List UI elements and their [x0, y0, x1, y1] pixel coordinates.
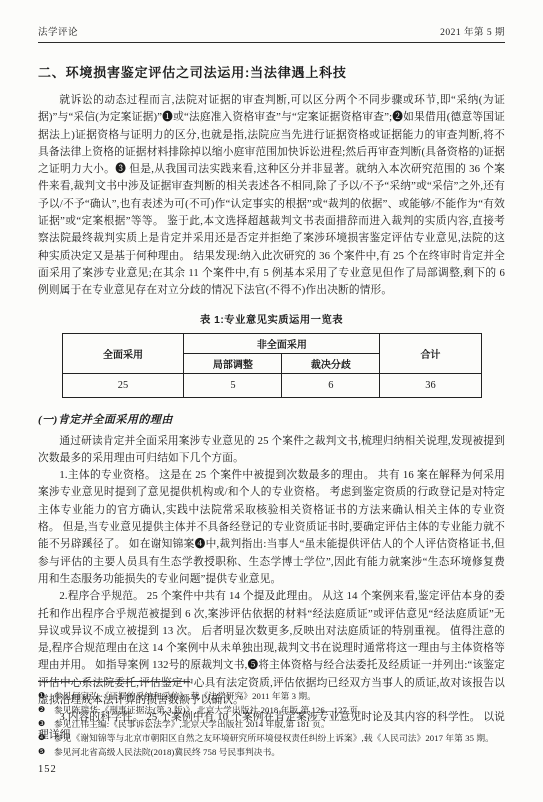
col-subheader-partial-adjust: 局部调整 — [184, 353, 282, 373]
section-title: 二、环境损害鉴定评估之司法运用:当法律遇上科技 — [38, 62, 505, 81]
value-ruling-split: 6 — [282, 373, 380, 397]
footnote-separator — [38, 681, 190, 682]
col-subheader-ruling-split: 裁决分歧 — [282, 353, 380, 373]
col-header-total: 合计 — [380, 333, 481, 373]
footnote-marker: ❹ — [38, 731, 54, 745]
footnote-marker: ❶ — [38, 689, 54, 703]
footnote-area: ❶ 参见何家弘:《证据的采纳和采信》,载《法学研究》2011 年第 3 期。 ❷… — [38, 681, 505, 759]
footnote-marker: ❷ — [38, 703, 54, 717]
footnote: ❶ 参见何家弘:《证据的采纳和采信》,载《法学研究》2011 年第 3 期。 — [38, 689, 505, 703]
journal-page: 法学评论 2021 年第 5 期 二、环境损害鉴定评估之司法运用:当法律遇上科技… — [0, 0, 543, 802]
footnote: ❺ 参见河北省高级人民法院(2018)冀民终 758 号民事判决书。 — [38, 745, 505, 759]
table-header-row: 全面采用 非全面采用 合计 — [62, 333, 481, 353]
page-number: 152 — [38, 764, 57, 775]
footnote-text: 参见《谢知锦等与北京市朝阳区自然之友环境研究所环境侵权责任纠纷上诉案》,载《人民… — [54, 731, 505, 745]
footnote-marker: ❺ — [38, 745, 54, 759]
footnote-text: 参见江伟主编:《民事诉讼法学》,北京大学出版社 2014 年版,第 181 页。 — [54, 717, 505, 731]
footnote: ❸ 参见江伟主编:《民事诉讼法学》,北京大学出版社 2014 年版,第 181 … — [38, 717, 505, 731]
footnote: ❹ 参见《谢知锦等与北京市朝阳区自然之友环境研究所环境侵权责任纠纷上诉案》,载《… — [38, 731, 505, 745]
running-head: 法学评论 2021 年第 5 期 — [38, 24, 505, 43]
paragraph: 就诉讼的动态过程而言,法院对证据的审查判断,可以区分两个不同步骤或环节,即“采纳… — [38, 92, 505, 300]
footnote-text: 参见陈瑞华:《刑事证据法(第 3 版)》,北京大学出版社 2018 年版,第 1… — [54, 703, 505, 717]
subsection-title: (一)肯定并全面采用的理由 — [38, 411, 505, 427]
opinion-usage-table: 全面采用 非全面采用 合计 局部调整 裁决分歧 25 5 6 36 — [62, 333, 482, 398]
footnote-text: 参见河北省高级人民法院(2018)冀民终 758 号民事判决书。 — [54, 745, 505, 759]
footnote-marker: ❸ — [38, 717, 54, 731]
value-total: 36 — [380, 373, 481, 397]
issue-label: 2021 年第 5 期 — [440, 24, 505, 38]
table-value-row: 25 5 6 36 — [62, 373, 481, 397]
value-full-adoption: 25 — [62, 373, 184, 397]
journal-title: 法学评论 — [38, 24, 78, 38]
col-header-partial-group: 非全面采用 — [184, 333, 380, 353]
footnote: ❷ 参见陈瑞华:《刑事证据法(第 3 版)》,北京大学出版社 2018 年版,第… — [38, 703, 505, 717]
page-content: 法学评论 2021 年第 5 期 二、环境损害鉴定评估之司法运用:当法律遇上科技… — [0, 0, 543, 744]
col-header-full-adoption: 全面采用 — [62, 333, 184, 373]
table-caption: 表 1:专业意见实质运用一览表 — [38, 311, 505, 326]
value-partial-adjust: 5 — [184, 373, 282, 397]
paragraph: 通过研读肯定并全面采用案涉专业意见的 25 个案件之裁判文书,梳理归纳相关说理,… — [38, 433, 505, 468]
paragraph: 1.主体的专业资格。 这是在 25 个案件中被提到次数最多的理由。 共有 16 … — [38, 467, 505, 588]
footnote-text: 参见何家弘:《证据的采纳和采信》,载《法学研究》2011 年第 3 期。 — [54, 689, 505, 703]
